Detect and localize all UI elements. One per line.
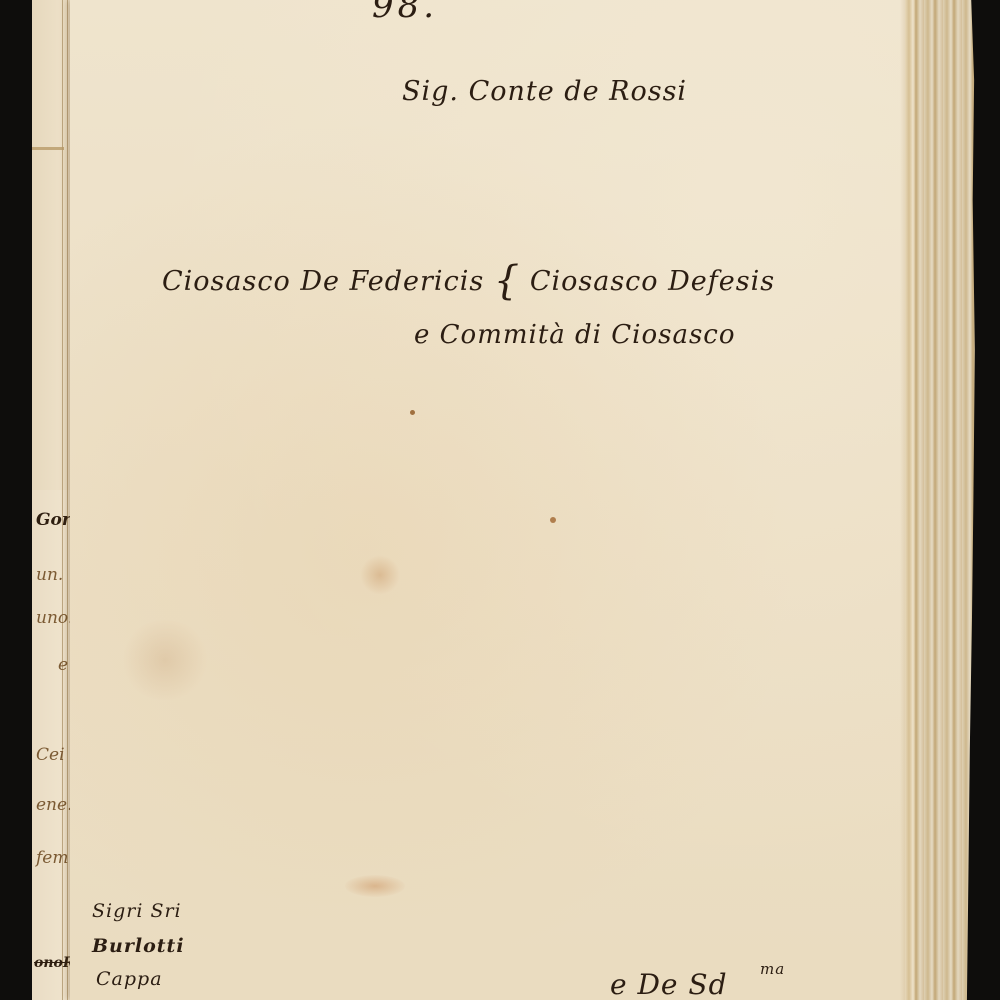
spine-fragment: fem — [36, 848, 68, 868]
water-stain — [120, 620, 210, 700]
spine-fragment: ene. — [36, 795, 72, 815]
foxing-spot — [410, 410, 415, 415]
spine-fragment: uno. — [36, 608, 73, 628]
margin-note-salutation: Sigri Sri — [92, 900, 182, 922]
manuscript-page — [70, 0, 915, 1000]
water-stain — [345, 875, 405, 897]
signature-fragment: e De Sd — [610, 968, 728, 1000]
deckled-edge — [905, 0, 977, 1000]
brace-mark: { — [494, 258, 520, 304]
spine-fragment: e — [58, 655, 68, 675]
margin-note-name: Burlotti — [92, 935, 185, 957]
spine-fragment: Cei — [36, 745, 65, 765]
title-part-1: Ciosasco De Federicis — [162, 266, 484, 297]
binding-mark — [32, 147, 64, 150]
signature-superscript: ma — [760, 960, 785, 978]
spine-fragment: un. — [36, 565, 63, 585]
folio-number: 98. — [372, 0, 438, 26]
foxing-spot — [550, 517, 556, 523]
title-line-2: e Commità di Ciosasco — [414, 320, 736, 350]
addressee: Sig. Conte de Rossi — [402, 76, 687, 107]
title-line-1: Ciosasco De Federicis { Ciosasco Defesis — [162, 254, 775, 300]
title-part-2: Ciosasco Defesis — [530, 266, 775, 297]
water-stain — [360, 555, 400, 595]
margin-note-name: Cappa — [96, 968, 163, 990]
